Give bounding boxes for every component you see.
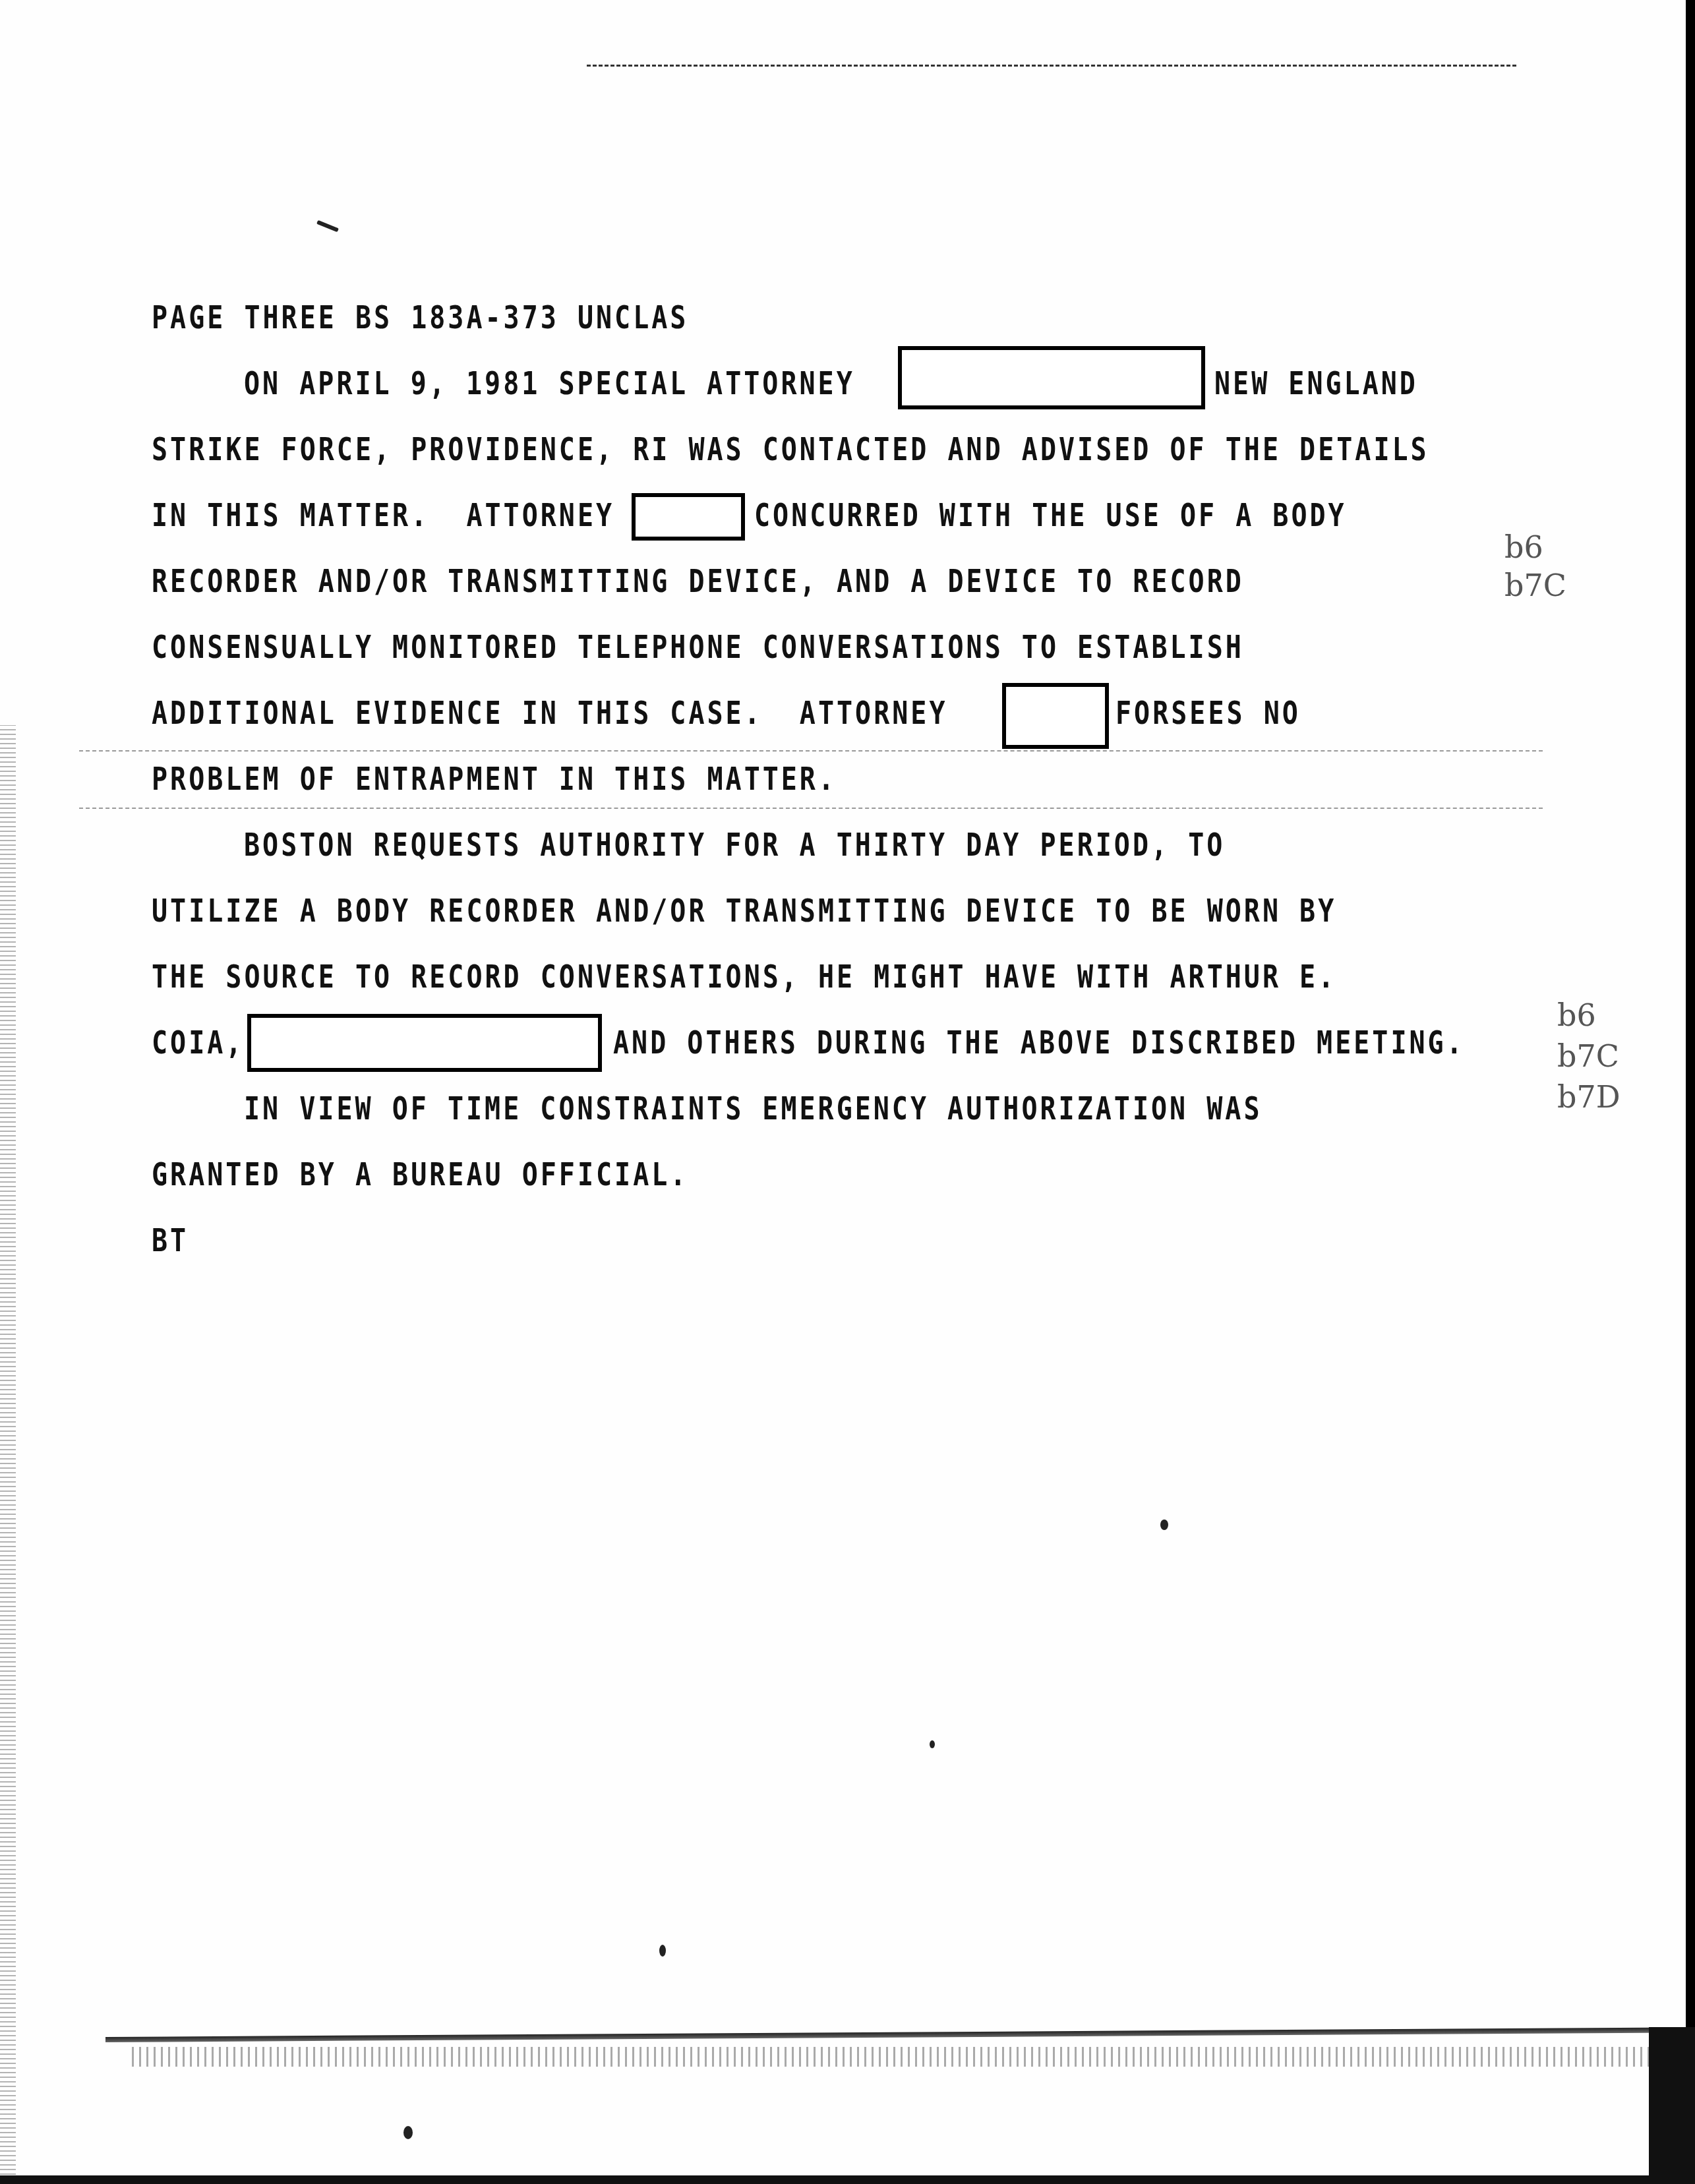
scan-speck [403,2126,413,2139]
scan-edge-right [1686,0,1695,2184]
scan-artifact-rule [79,750,1543,752]
scan-edge-left [0,725,16,2184]
text-line: RECORDER AND/OR TRANSMITTING DEVICE, AND… [152,562,1244,602]
text-line: AND OTHERS DURING THE ABOVE DISCRIBED ME… [613,1023,1465,1063]
scan-edge-bottom [105,2027,1675,2042]
closing-marker: BT [152,1221,189,1261]
scan-corner [1649,2027,1695,2184]
text-line: NEW ENGLAND [1214,364,1418,404]
exemption-code: b6 [1557,995,1596,1035]
text-line: COIA, [152,1023,244,1063]
text-line: UTILIZE A BODY RECORDER AND/OR TRANSMITT… [152,891,1336,931]
document-header: PAGE THREE BS 183A-373 UNCLAS [152,298,688,338]
text-line: IN VIEW OF TIME CONSTRAINTS EMERGENCY AU… [244,1089,1263,1129]
exemption-code: b7D [1557,1077,1621,1117]
text-line: ON APRIL 9, 1981 SPECIAL ATTORNEY [244,364,855,404]
text-line: CONCURRED WITH THE USE OF A BODY [754,496,1347,536]
redaction-box [898,346,1205,409]
scan-speck [930,1740,935,1748]
redaction-box [632,493,745,541]
scan-edge-bottom-black [0,2175,1695,2184]
scan-speck [659,1945,666,1957]
scan-noise [132,2047,1661,2067]
text-line: IN THIS MATTER. ATTORNEY [152,496,614,536]
text-line: GRANTED BY A BUREAU OFFICIAL. [152,1155,688,1195]
text-line: CONSENSUALLY MONITORED TELEPHONE CONVERS… [152,628,1244,668]
text-line: ADDITIONAL EVIDENCE IN THIS CASE. ATTORN… [152,694,948,734]
exemption-code: b7C [1504,566,1566,605]
exemption-code: b6 [1504,527,1543,567]
scan-speck [1160,1520,1168,1530]
text-line: THE SOURCE TO RECORD CONVERSATIONS, HE M… [152,957,1336,997]
text-line: FORSEES NO [1115,694,1301,734]
redaction-box [1002,683,1109,749]
document-page: PAGE THREE BS 183A-373 UNCLAS ON APRIL 9… [0,0,1695,2184]
redaction-box [247,1014,602,1072]
text-line: BOSTON REQUESTS AUTHORITY FOR A THIRTY D… [244,825,1225,866]
scan-speck [316,220,339,232]
text-line: STRIKE FORCE, PROVIDENCE, RI WAS CONTACT… [152,430,1429,470]
exemption-code: b7C [1557,1036,1619,1076]
top-dashed-rule [587,65,1516,67]
text-line: PROBLEM OF ENTRAPMENT IN THIS MATTER. [152,759,837,800]
scan-artifact-rule [79,808,1543,809]
